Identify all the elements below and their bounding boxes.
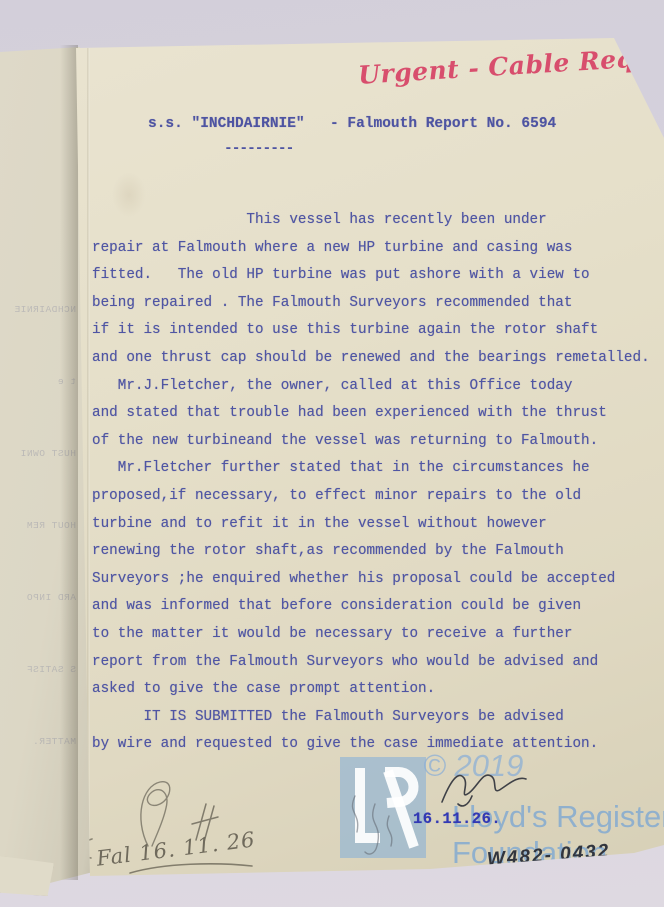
body-line: IT IS SUBMITTED the Falmouth Surveyors b… [92, 709, 650, 737]
body-line: if it is intended to use this turbine ag… [92, 322, 650, 350]
page-edge-shadow [60, 45, 78, 880]
report-body: This vessel has recently been under repa… [92, 212, 650, 764]
scanned-document: NCHDAIRNIE t e HUST OWNI HOUT REM ARD IN… [0, 0, 664, 907]
body-line: of the new turbineand the vessel was ret… [92, 433, 650, 461]
body-line: being repaired . The Falmouth Surveyors … [92, 295, 650, 323]
body-line: proposed,if necessary, to effect minor r… [92, 488, 650, 516]
body-line: report from the Falmouth Surveyors who w… [92, 654, 650, 682]
report-number-title: - Falmouth Report No. 6594 [330, 116, 556, 132]
body-line: This vessel has recently been under [92, 212, 650, 240]
urgent-handwritten-note: Urgent - Cable Requested [357, 43, 648, 90]
ship-title: s.s. "INCHDAIRNIE" [148, 116, 305, 132]
body-line: Surveyors ;he enquired whether his propo… [92, 571, 650, 599]
body-line: to the matter it would be necessary to r… [92, 626, 650, 654]
pencil-scribble-on-logo [345, 788, 403, 860]
body-line: turbine and to refit it in the vessel wi… [92, 516, 650, 544]
ink-signature [438, 762, 530, 810]
body-line: asked to give the case prompt attention. [92, 681, 650, 709]
body-line: Mr.Fletcher further stated that in the c… [92, 460, 650, 488]
body-line: fitted. The old HP turbine was put ashor… [92, 267, 650, 295]
body-line: renewing the rotor shaft,as recommended … [92, 543, 650, 571]
date-stamp: 16.11.26. [413, 810, 501, 828]
body-line: Mr.J.Fletcher, the owner, called at this… [92, 378, 650, 406]
title-underline-dashes: --------- [224, 141, 293, 157]
pencil-underline [128, 860, 254, 878]
report-page: Urgent - Cable Requested s.s. "INCHDAIRN… [0, 0, 664, 907]
body-line: and was informed that before considerati… [92, 598, 650, 626]
body-line: and one thrust cap should be renewed and… [92, 350, 650, 378]
body-line: repair at Falmouth where a new HP turbin… [92, 240, 650, 268]
body-line: and stated that trouble had been experie… [92, 405, 650, 433]
